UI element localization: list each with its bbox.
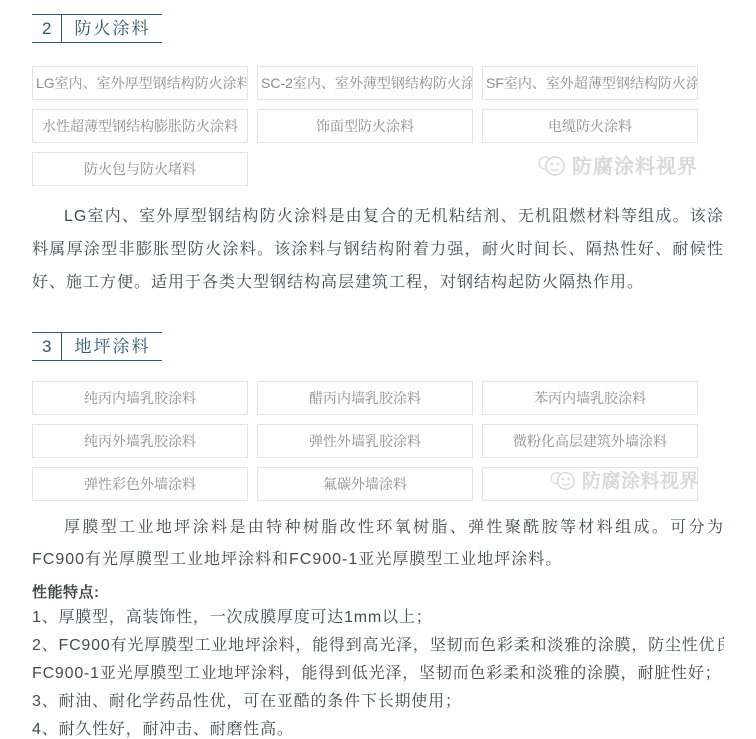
empty-grid-cell	[257, 152, 473, 184]
section-title: 地坪涂料	[62, 333, 162, 360]
category-box	[482, 467, 698, 501]
category-box: 弹性外墙乳胶涂料	[257, 424, 473, 458]
category-box: 弹性彩色外墙涂料	[32, 467, 248, 501]
section-number: 3	[32, 333, 62, 360]
category-box: SC-2室内、室外薄型钢结构防火涂	[257, 66, 473, 100]
category-box: 饰面型防火涂料	[257, 109, 473, 143]
category-box: 氟碳外墙涂料	[257, 467, 473, 501]
feature-item: 1、厚膜型，高装饰性，一次成膜厚度可达1mm以上；	[32, 604, 724, 632]
section-title: 防火涂料	[62, 15, 162, 42]
features-heading: 性能特点:	[32, 582, 724, 604]
category-box: SF室内、室外超薄型钢结构防火涂	[482, 66, 698, 100]
category-box: 纯丙外墙乳胶涂料	[32, 424, 248, 458]
floor-coating-paragraph: 厚膜型工业地坪涂料是由特种树脂改性环氧树脂、弹性聚酰胺等材料组成。可分为FC90…	[32, 512, 724, 576]
category-box: 微粉化高层建筑外墙涂料	[482, 424, 698, 458]
empty-grid-cell	[482, 152, 698, 184]
section-floor-heading: 3 地坪涂料	[32, 332, 162, 361]
fire-coating-grid: LG室内、室外厚型钢结构防火涂料 SC-2室内、室外薄型钢结构防火涂 SF室内、…	[32, 66, 698, 186]
section-fire-heading: 2 防火涂料	[32, 14, 162, 43]
category-box: 苯丙内墙乳胶涂料	[482, 381, 698, 415]
feature-item: FC900-1亚光厚膜型工业地坪涂料，能得到低光泽，坚韧而色彩柔和淡雅的涂膜，耐…	[32, 660, 724, 688]
feature-item: 2、FC900有光厚膜型工业地坪涂料，能得到高光泽，坚韧而色彩柔和淡雅的涂膜，防…	[32, 632, 724, 660]
category-box: LG室内、室外厚型钢结构防火涂料	[32, 66, 248, 100]
category-box: 电缆防火涂料	[482, 109, 698, 143]
feature-item: 4、耐久性好，耐冲击、耐磨性高。	[32, 716, 724, 739]
fire-coating-paragraph: LG室内、室外厚型钢结构防火涂料是由复合的无机粘结剂、无机阻燃材料等组成。该涂料…	[32, 200, 724, 299]
category-box: 防火包与防火堵料	[32, 152, 248, 186]
category-box: 水性超薄型钢结构膨胀防火涂料	[32, 109, 248, 143]
article-page: 2 防火涂料 LG室内、室外厚型钢结构防火涂料 SC-2室内、室外薄型钢结构防火…	[0, 0, 756, 739]
section-number: 2	[32, 15, 62, 42]
category-box: 纯丙内墙乳胶涂料	[32, 381, 248, 415]
category-box: 醋丙内墙乳胶涂料	[257, 381, 473, 415]
feature-item: 3、耐油、耐化学药品性优，可在亚酷的条件下长期使用；	[32, 688, 724, 716]
floor-coating-grid: 纯丙内墙乳胶涂料 醋丙内墙乳胶涂料 苯丙内墙乳胶涂料 纯丙外墙乳胶涂料 弹性外墙…	[32, 381, 698, 501]
